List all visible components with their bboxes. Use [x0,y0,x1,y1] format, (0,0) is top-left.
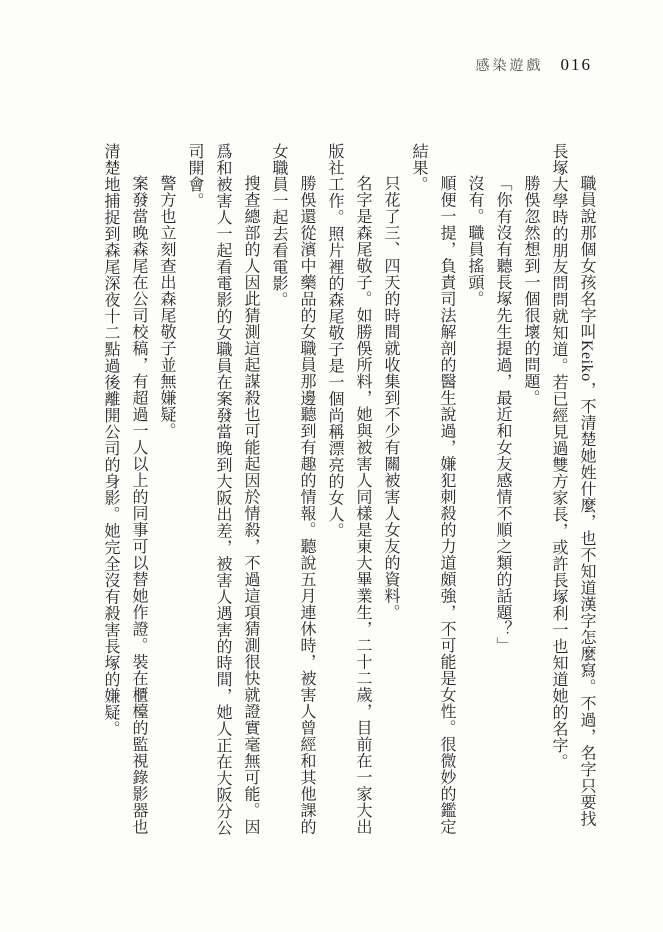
paragraph: 警方也立刻查出森尾敬子並無嫌疑。 [152,143,180,836]
paragraph: 勝俁還從濱中藥品的女職員那邊聽到有趣的情報。聽說五月連休時，被害人曾經和其他課的… [264,143,320,836]
paragraph: 搜查總部的人因此猜測這起謀殺也可能起因於情殺，不過這項猜測很快就證實毫無可能。因… [180,143,264,836]
paragraph: 勝俁忽然想到一個很壞的問題。 [516,143,544,836]
paragraph: 只花了三、四天的時間就收集到不少有關被害人女友的資料。 [376,143,404,836]
paragraph: 沒有。職員搖頭。 [460,143,488,836]
paragraph: 順便一提，負責司法解剖的醫生說過，嫌犯刺殺的力道頗強，不可能是女性。很微妙的鑑定… [404,143,460,836]
running-header: 感染遊戲 016 [476,55,593,75]
book-title: 感染遊戲 [476,55,544,75]
book-page: 感染遊戲 016 職員說那個女孩名字叫Keiko，不清楚她姓什麼，也不知道漢字怎… [0,0,663,932]
page-number: 016 [561,55,593,75]
paragraph: 「你有沒有聽長塚先生提過，最近和女友感情不順之類的話題？」 [488,143,516,836]
paragraph: 案發當晚森尾在公司校稿，有超過一人以上的同事可以替她作證。裝在櫃檯的監視錄影器也… [96,143,152,836]
body-text: 職員說那個女孩名字叫Keiko，不清楚她姓什麼，也不知道漢字怎麼寫。不過，名字只… [96,143,600,836]
paragraph: 職員說那個女孩名字叫Keiko，不清楚她姓什麼，也不知道漢字怎麼寫。不過，名字只… [544,143,600,836]
paragraph: 名字是森尾敬子。如勝俁所料，她與被害人同樣是東大畢業生，二十二歲，目前在一家大出… [320,143,376,836]
